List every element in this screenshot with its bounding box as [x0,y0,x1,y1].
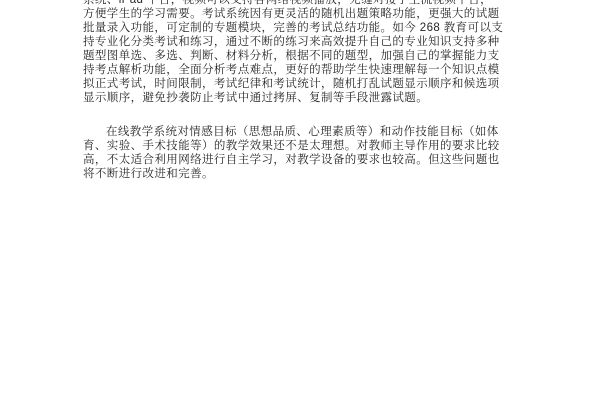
text-line: 在线教学系统对情感目标（思想品质、心理素质等）和动作技能目标（如体 [83,125,521,139]
text-block: 系统、iPad 平台，视频可以支持各网络视频播放，无缝对接于主流视频平台， 方便… [83,0,521,181]
text-line: 持专业化分类考试和练习，通过不断的练习来高效提升自己的专业知识支持多种 [83,35,521,49]
text-line: 题型图单选、多选、判断、材料分析，根据不同的题型，加强自己的掌握能力支 [83,49,521,63]
text-line: 持考点解析功能，全面分析考点难点，更好的帮助学生快速理解每一个知识点模 [83,63,521,77]
text-line: 方便学生的学习需要。考试系统因有更灵活的随机出题策略功能，更强大的试题 [83,7,521,21]
text-line-clipped: 系统、iPad 平台，视频可以支持各网络视频播放，无缝对接于主流视频平台， [83,0,521,7]
paragraph-1: 系统、iPad 平台，视频可以支持各网络视频播放，无缝对接于主流视频平台， 方便… [83,0,521,105]
text-line: 批量录入功能，可定制的专题模块，完善的考试总结功能。如今 268 教育可以支 [83,21,521,35]
text-line: 将不断进行改进和完善。 [83,167,521,181]
text-line: 拟正式考试，时间限制，考试纪律和考试统计，随机打乱试题显示顺序和候选项 [83,77,521,91]
text-line: 育、实验、手术技能等）的教学效果还不是太理想。对教师主导作用的要求比较 [83,139,521,153]
text-line: 高，不太适合利用网络进行自主学习，对教学设备的要求也较高。但这些问题也 [83,153,521,167]
paragraph-2: 在线教学系统对情感目标（思想品质、心理素质等）和动作技能目标（如体 育、实验、手… [83,125,521,181]
document-page: 系统、iPad 平台，视频可以支持各网络视频播放，无缝对接于主流视频平台， 方便… [0,0,600,400]
text-line: 显示顺序，避免抄袭防止考试中通过拷屏、复制等手段泄露试题。 [83,91,521,105]
